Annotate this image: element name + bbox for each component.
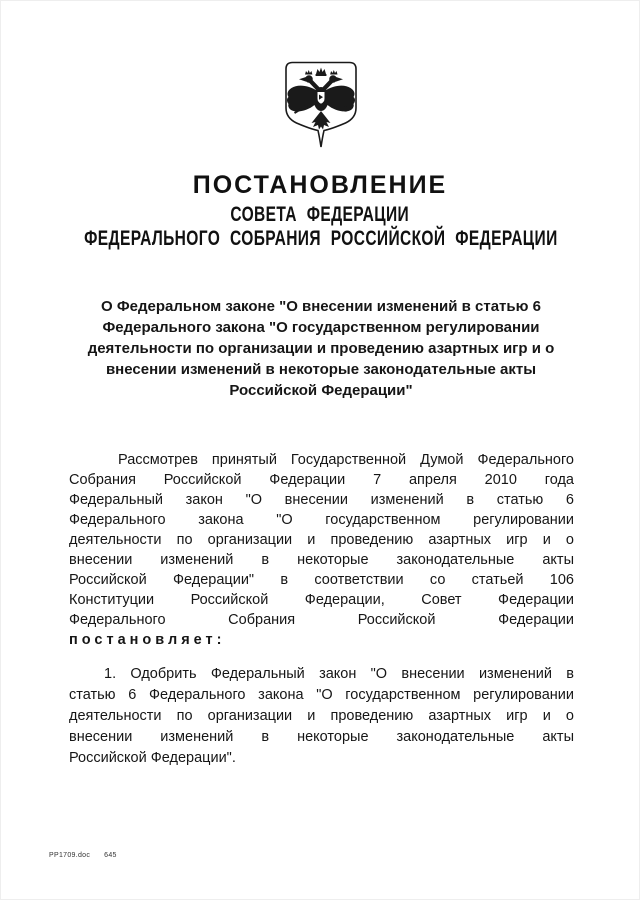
issuer-line-1-text: СОВЕТА ФЕДЕРАЦИИ	[231, 205, 410, 225]
body-line: Собрания Российской Федерации 7 апреля 2…	[69, 470, 574, 490]
body-line: Федеральный закон "О внесении изменений …	[69, 490, 574, 510]
issuer-line-1: СОВЕТА ФЕДЕРАЦИИ	[1, 205, 639, 227]
title-line: Российской Федерации"	[61, 380, 581, 401]
body-line: 1. Одобрить Федеральный закон "О внесени…	[69, 664, 574, 685]
body-line: деятельности по организации и проведению…	[69, 530, 574, 550]
body-line: Российской Федерации".	[69, 748, 574, 769]
title-line: внесении изменений в некоторые законодат…	[61, 359, 581, 380]
body-line: Конституции Российской Федерации, Совет …	[69, 590, 574, 610]
footer-number: 645	[104, 852, 117, 859]
body-line: Федерального Собрания Российской Федерац…	[69, 610, 574, 630]
title-line: О Федеральном законе "О внесении изменен…	[61, 296, 581, 317]
document-title: О Федеральном законе "О внесении изменен…	[61, 296, 581, 401]
document-page: ПОСТАНОВЛЕНИЕ СОВЕТА ФЕДЕРАЦИИ ФЕДЕРАЛЬН…	[0, 0, 640, 900]
title-line: Федерального закона "О государственном р…	[61, 317, 581, 338]
body-line: статью 6 Федерального закона "О государс…	[69, 685, 574, 706]
preamble-paragraph: Рассмотрев принятый Государственной Думо…	[69, 450, 574, 650]
body-line: Федерального закона "О государственном р…	[69, 510, 574, 530]
body-line: деятельности по организации и проведению…	[69, 706, 574, 727]
issuer-line-2: ФЕДЕРАЛЬНОГО СОБРАНИЯ РОССИЙСКОЙ ФЕДЕРАЦ…	[1, 229, 639, 251]
resolution-item-1-paragraph: 1. Одобрить Федеральный закон "О внесени…	[69, 664, 574, 769]
body-line: внесении изменений в некоторые законодат…	[69, 727, 574, 748]
issuer-line-2-text: ФЕДЕРАЛЬНОГО СОБРАНИЯ РОССИЙСКОЙ ФЕДЕРАЦ…	[84, 229, 557, 249]
resolve-word: постановляет:	[69, 630, 574, 650]
body-line: внесении изменений в некоторые законодат…	[69, 550, 574, 570]
document-type-heading: ПОСТАНОВЛЕНИЕ	[1, 171, 639, 199]
body-line: Рассмотрев принятый Государственной Думо…	[69, 450, 574, 470]
title-line: деятельности по организации и проведению…	[61, 338, 581, 359]
footer-file-name: РР1709.doc	[49, 852, 90, 859]
russian-coat-of-arms-icon	[284, 61, 358, 149]
body-line: Российской Федерации" в соответствии со …	[69, 570, 574, 590]
footer-file-reference: РР1709.doc645	[49, 852, 117, 859]
